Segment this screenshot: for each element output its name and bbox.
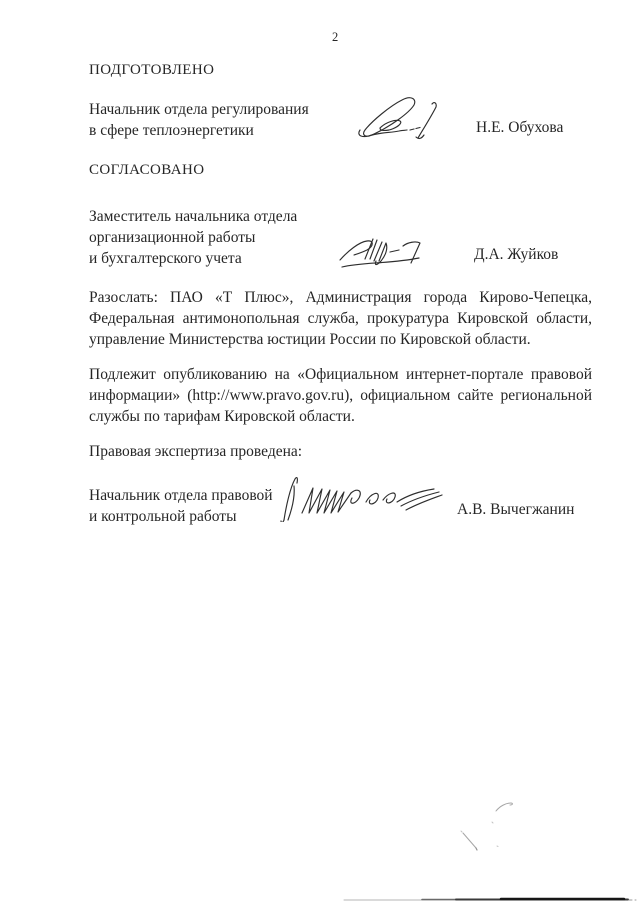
scanned-document-page: 2 ПОДГОТОВЛЕНО Начальник отдела регулиро… — [0, 0, 640, 905]
legal-review-position: Начальник отдела правовой и контрольной … — [89, 485, 273, 527]
legal-review-signer-name: А.В. Вычегжанин — [457, 499, 574, 520]
zhuikov-signature-icon — [337, 234, 447, 272]
dispatch-line: управление Министерства юстиции России п… — [89, 329, 592, 350]
agreed-heading: СОГЛАСОВАНО — [89, 161, 204, 180]
agreed-position-line: организационной работы — [89, 227, 297, 248]
dispatch-paragraph: Разослать: ПАО «Т Плюс», Администрация г… — [89, 287, 592, 350]
publication-line: Подлежит опубликованию на «Официальном и… — [89, 364, 592, 385]
prepared-position-line: Начальник отдела регулирования — [89, 99, 309, 120]
agreed-position-line: Заместитель начальника отдела — [89, 206, 297, 227]
prepared-heading: ПОДГОТОВЛЕНО — [89, 61, 214, 80]
agreed-signer-name: Д.А. Жуйков — [474, 244, 558, 265]
legal-review-statement: Правовая экспертиза проведена: — [89, 441, 302, 462]
obukhova-signature-icon — [352, 94, 454, 142]
legal-review-position-line: и контрольной работы — [89, 506, 273, 527]
agreed-position: Заместитель начальника отдела организаци… — [89, 206, 297, 269]
prepared-position-line: в сфере теплоэнергетики — [89, 120, 309, 141]
prepared-position: Начальник отдела регулирования в сфере т… — [89, 99, 309, 141]
publication-paragraph: Подлежит опубликованию на «Официальном и… — [89, 364, 592, 427]
dispatch-line: Разослать: ПАО «Т Плюс», Администрация г… — [89, 287, 592, 308]
agreed-position-line: и бухгалтерского учета — [89, 248, 297, 269]
dispatch-line: Федеральная антимонопольная служба, прок… — [89, 308, 592, 329]
publication-line: службы по тарифам Кировской области. — [89, 406, 592, 427]
prepared-signer-name: Н.Е. Обухова — [476, 117, 563, 138]
publication-line: информации» (http://www.pravo.gov.ru), о… — [89, 385, 592, 406]
page-number: 2 — [332, 30, 338, 45]
faint-pencil-scribble-icon — [440, 795, 530, 865]
scanner-edge-line-icon — [336, 894, 640, 904]
vychegzhanin-signature-icon — [278, 476, 446, 522]
legal-review-position-line: Начальник отдела правовой — [89, 485, 273, 506]
